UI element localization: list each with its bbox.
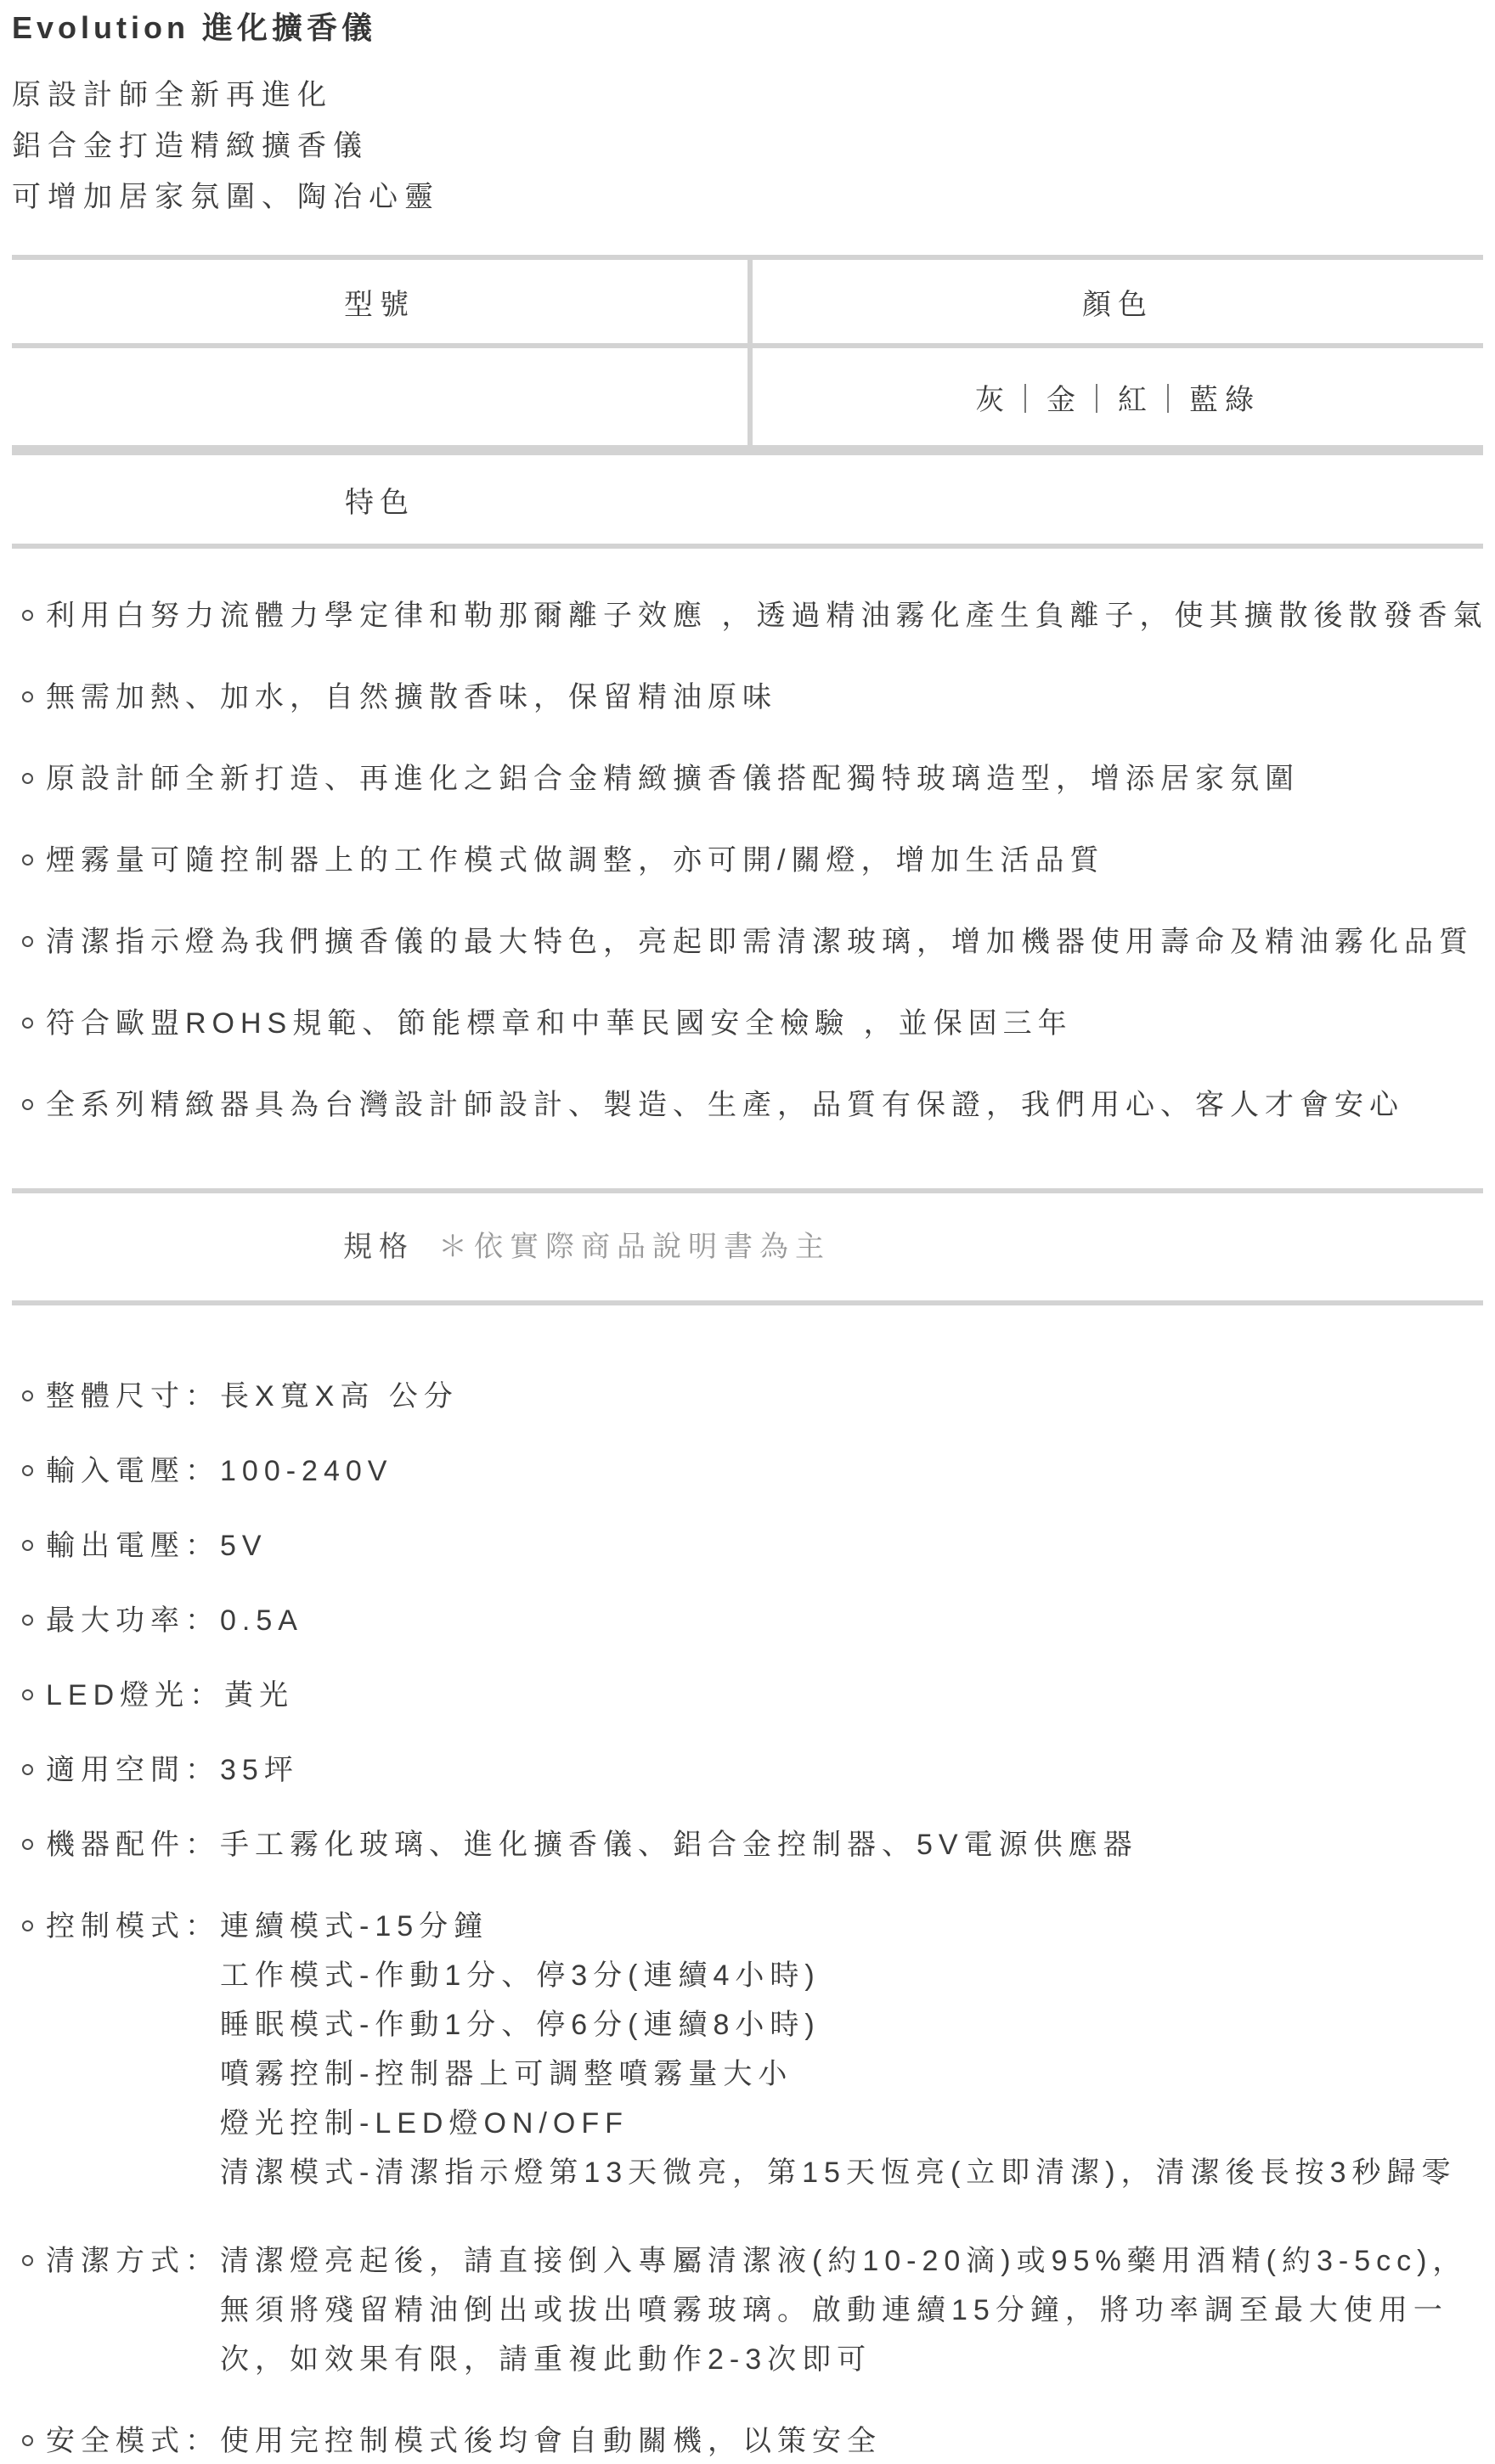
spec-item-accessories: 機器配件： 手工霧化玻璃、進化擴香儀、鋁合金控制器、5V電源供應器 — [12, 1827, 1483, 1863]
spec-value-line: 無須將殘留精油倒出或拔出噴霧玻璃。啟動連續15分鐘，將功率調至最大使用一 — [220, 2286, 1467, 2335]
color-value-cell: 灰｜金｜紅｜藍綠 — [747, 348, 1483, 445]
feature-text: 無需加熱、加水，自然擴散香味，保留精油原味 — [46, 679, 777, 716]
spec-value-line: 噴霧控制-控制器上可調整噴霧量大小 — [220, 2050, 1457, 2099]
spec-value-line: 清潔燈亮起後，請直接倒入專屬清潔液(約10-20滴)或95%藥用酒精(約3-5c… — [220, 2236, 1467, 2286]
feature-text: 利用白努力流體力學定律和勒那爾離子效應 ，透過精油霧化產生負離子，使其擴散後散發… — [46, 597, 1487, 634]
feature-text: 符合歐盟ROHS規範、節能標章和中華民國安全檢驗 ，並保固三年 — [46, 1005, 1073, 1042]
list-item: 全系列精緻器具為台灣設計師設計、製造、生產，品質有保證，我們用心、客人才會安心 — [12, 1086, 1483, 1124]
spec-item-max-power: 最大功率： 0.5A — [12, 1603, 1483, 1638]
subtitle-line: 鋁合金打造精緻擴香儀 — [12, 121, 1483, 172]
page-title: Evolution 進化擴香儀 — [12, 8, 1483, 48]
spec-value-line: 睡眠模式-作動1分、停6分(連續8小時) — [220, 2000, 1457, 2050]
bullet-icon — [22, 1390, 33, 1401]
spec-value: 0.5A — [220, 1603, 303, 1638]
spec-label: 機器配件： — [46, 1827, 220, 1863]
spec-value-line: 連續模式-15分鐘 — [220, 1902, 1457, 1951]
model-header-cell: 型號 — [12, 260, 747, 343]
spec-value-line: 工作模式-作動1分、停3分(連續4小時) — [220, 1951, 1457, 2000]
spec-label: 安全模式： — [46, 2423, 220, 2459]
spec-value: 手工霧化玻璃、進化擴香儀、鋁合金控制器、5V電源供應器 — [220, 1827, 1138, 1863]
spec-value-line: 次，如效果有限，請重複此動作2-3次即可 — [220, 2335, 1467, 2384]
spec-value-line: 清潔模式-清潔指示燈第13天微亮，第15天恆亮(立即清潔)，清潔後長按3秒歸零 — [220, 2148, 1457, 2197]
bullet-icon — [22, 1540, 33, 1551]
spec-item-control-modes: 控制模式： 連續模式-15分鐘 工作模式-作動1分、停3分(連續4小時) 睡眠模… — [12, 1902, 1483, 2197]
bullet-icon — [22, 854, 33, 866]
spec-label: 輸入電壓： — [46, 1453, 220, 1489]
features-header-row: 特色 — [12, 455, 1483, 549]
spec-item-input-voltage: 輸入電壓： 100-240V — [12, 1453, 1483, 1489]
spec-value: 黃光 — [224, 1677, 294, 1713]
header: Evolution 進化擴香儀 原設計師全新再進化 鋁合金打造精緻擴香儀 可增加… — [12, 8, 1483, 223]
feature-text: 全系列精緻器具為台灣設計師設計、製造、生產，品質有保證，我們用心、客人才會安心 — [46, 1086, 1404, 1124]
spec-label: LED燈光： — [46, 1677, 224, 1713]
features-header-label: 特色 — [345, 479, 415, 521]
bullet-icon — [22, 1018, 33, 1029]
feature-text: 原設計師全新打造、再進化之鋁合金精緻擴香儀搭配獨特玻璃造型，增添居家氛圍 — [46, 760, 1300, 798]
model-value-cell — [12, 348, 747, 445]
list-item: 原設計師全新打造、再進化之鋁合金精緻擴香儀搭配獨特玻璃造型，增添居家氛圍 — [12, 760, 1483, 798]
subtitle-line: 原設計師全新再進化 — [12, 70, 1483, 121]
spec-label: 最大功率： — [46, 1603, 220, 1638]
spec-item-safety-mode: 安全模式： 使用完控制模式後均會自動關機，以策安全 — [12, 2423, 1483, 2459]
spec-label: 輸出電壓： — [46, 1528, 220, 1564]
spec-label: 適用空間： — [46, 1752, 220, 1788]
bullet-icon — [22, 610, 33, 621]
list-item: 利用白努力流體力學定律和勒那爾離子效應 ，透過精油霧化產生負離子，使其擴散後散發… — [12, 597, 1483, 634]
feature-text: 煙霧量可隨控制器上的工作模式做調整，亦可開/關燈，增加生活品質 — [46, 842, 1104, 879]
bullet-icon — [22, 691, 33, 702]
spec-value: 100-240V — [220, 1453, 392, 1489]
spec-label: 清潔方式： — [46, 2236, 220, 2286]
spec-value-line: 燈光控制-LED燈ON/OFF — [220, 2099, 1457, 2148]
bullet-icon — [22, 1465, 33, 1476]
specs-list: 整體尺寸： 長X寬X高 公分 輸入電壓： 100-240V 輸出電壓： 5V 最… — [12, 1379, 1483, 2459]
spec-item-dimensions: 整體尺寸： 長X寬X高 公分 — [12, 1379, 1483, 1414]
spec-label: 控制模式： — [46, 1902, 220, 1951]
subtitle-line: 可增加居家氛圍、陶冶心靈 — [12, 172, 1483, 223]
list-item: 煙霧量可隨控制器上的工作模式做調整，亦可開/關燈，增加生活品質 — [12, 842, 1483, 879]
features-list: 利用白努力流體力學定律和勒那爾離子效應 ，透過精油霧化產生負離子，使其擴散後散發… — [12, 597, 1483, 1124]
model-color-table: 型號 顏色 灰｜金｜紅｜藍綠 特色 — [12, 255, 1483, 549]
spec-value: 5V — [220, 1528, 268, 1564]
bullet-icon — [22, 2435, 33, 2446]
spec-item-output-voltage: 輸出電壓： 5V — [12, 1528, 1483, 1564]
bullet-icon — [22, 1099, 33, 1110]
list-item: 清潔指示燈為我們擴香儀的最大特色，亮起即需清潔玻璃，增加機器使用壽命及精油霧化品… — [12, 923, 1483, 961]
bullet-icon — [22, 936, 33, 947]
bullet-icon — [22, 1615, 33, 1626]
spec-value: 35坪 — [220, 1752, 299, 1788]
feature-text: 清潔指示燈為我們擴香儀的最大特色，亮起即需清潔玻璃，增加機器使用壽命及精油霧化品… — [46, 923, 1474, 961]
table-value-row: 灰｜金｜紅｜藍綠 — [12, 348, 1483, 455]
product-description-page: Evolution 進化擴香儀 原設計師全新再進化 鋁合金打造精緻擴香儀 可增加… — [0, 0, 1495, 2464]
spec-label: 整體尺寸： — [46, 1379, 220, 1414]
bullet-icon — [22, 2255, 33, 2266]
list-item: 無需加熱、加水，自然擴散香味，保留精油原味 — [12, 679, 1483, 716]
specs-heading: 規格 — [343, 1231, 415, 1263]
bullet-icon — [22, 1839, 33, 1850]
color-header-cell: 顏色 — [747, 260, 1483, 343]
specs-section-header: 規格＊依實際商品說明書為主 — [12, 1188, 1483, 1305]
bullet-icon — [22, 1689, 33, 1700]
table-header-row: 型號 顏色 — [12, 260, 1483, 348]
list-item: 符合歐盟ROHS規範、節能標章和中華民國安全檢驗 ，並保固三年 — [12, 1005, 1483, 1042]
spec-item-cleaning-method: 清潔方式： 清潔燈亮起後，請直接倒入專屬清潔液(約10-20滴)或95%藥用酒精… — [12, 2236, 1483, 2384]
spec-value: 長X寬X高 公分 — [220, 1379, 459, 1414]
specs-note: ＊依實際商品說明書為主 — [438, 1231, 831, 1263]
bullet-icon — [22, 1764, 33, 1775]
spec-item-coverage: 適用空間： 35坪 — [12, 1752, 1483, 1788]
spec-value: 使用完控制模式後均會自動關機，以策安全 — [220, 2423, 882, 2459]
bullet-icon — [22, 773, 33, 784]
spec-item-led-light: LED燈光： 黃光 — [12, 1677, 1483, 1713]
bullet-icon — [22, 1920, 33, 1931]
